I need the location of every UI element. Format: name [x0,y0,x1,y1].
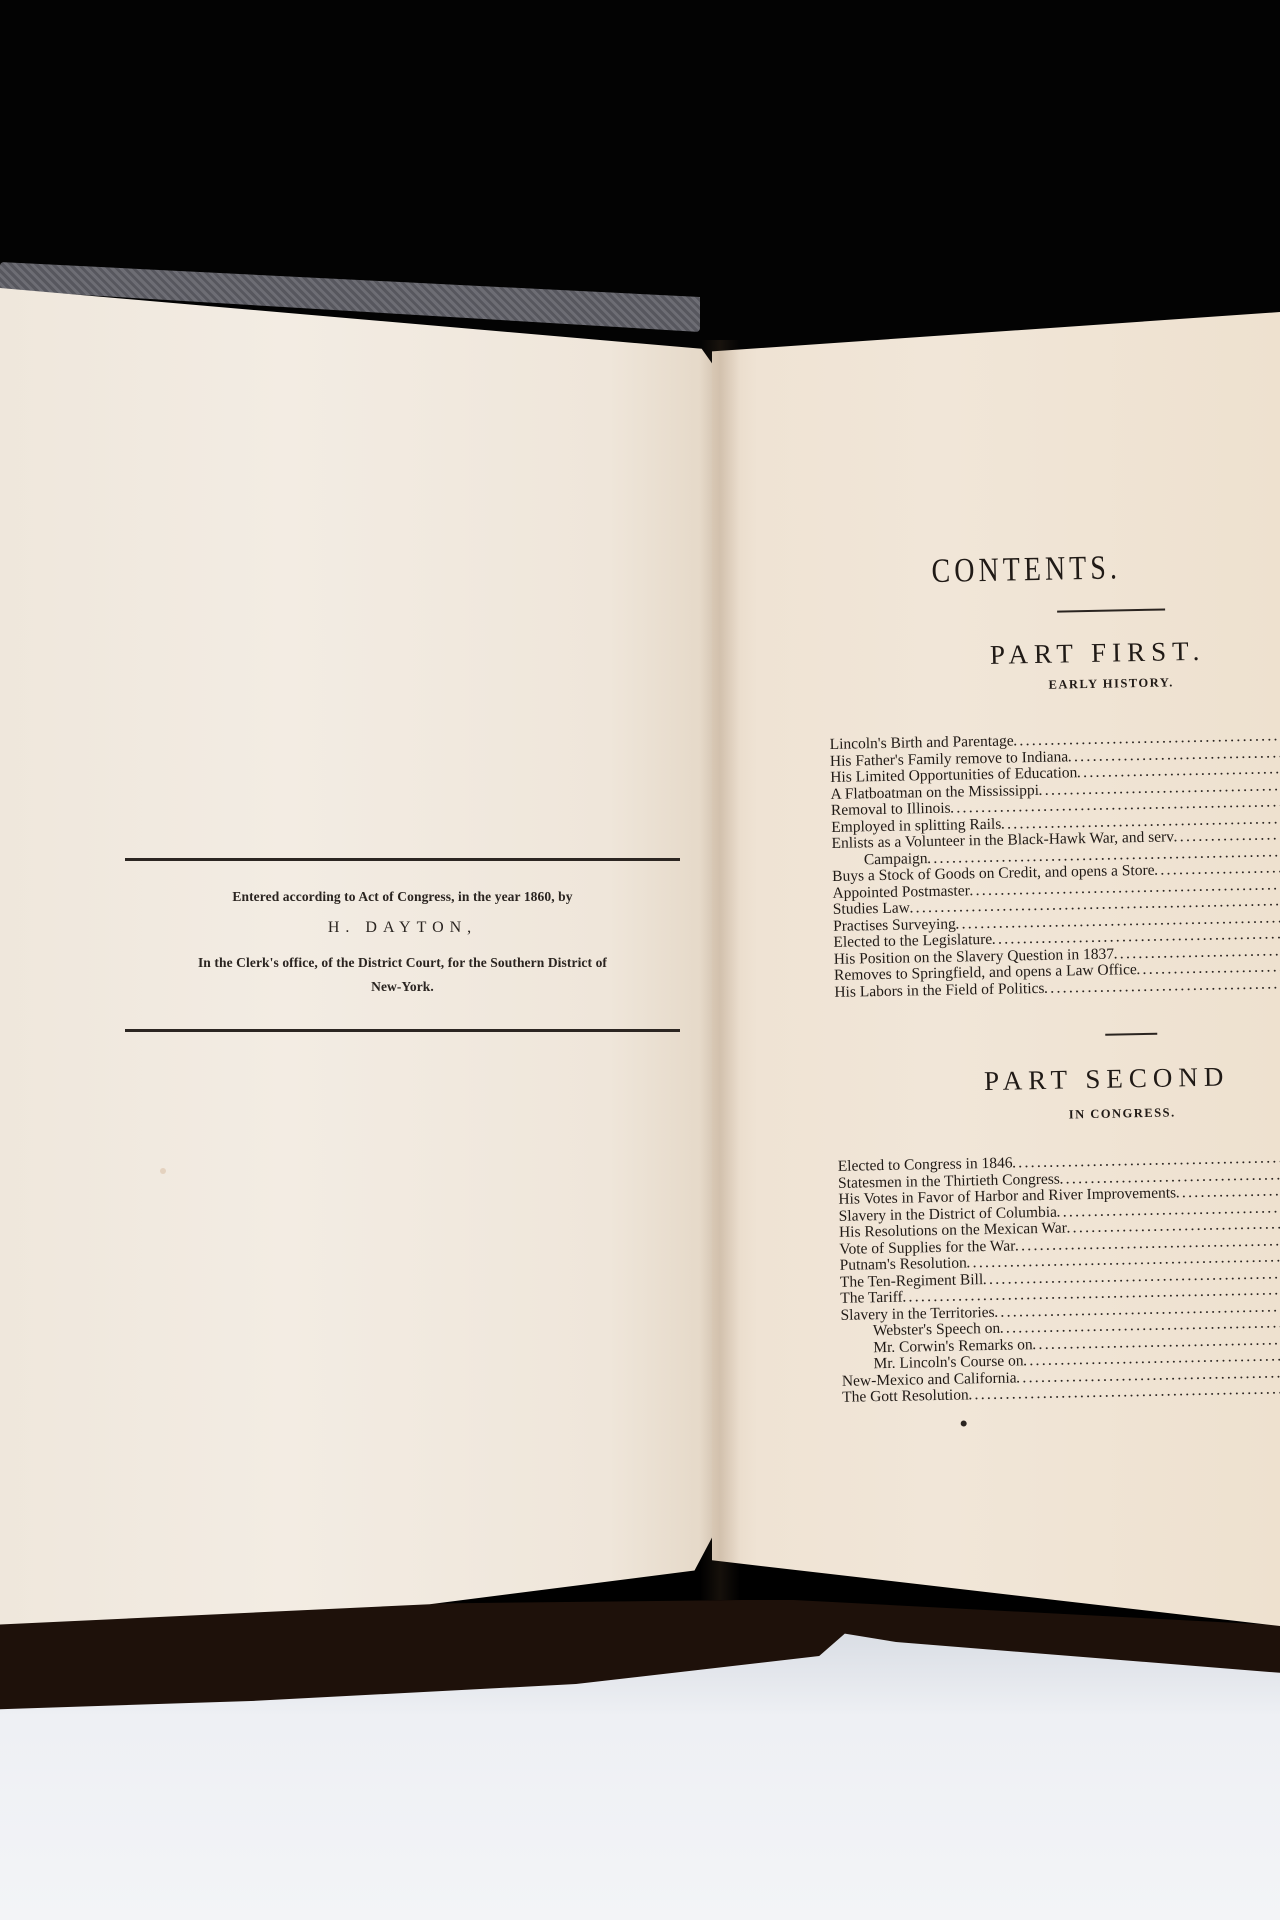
paper-stain [160,1168,166,1174]
table-of-contents: CONTENTS. PART FIRST. EARLY HISTORY. Lin… [826,546,1280,1428]
toc-entry-text: Putnam's Resolution [839,1254,967,1273]
toc-dot-leader: ........................................… [1176,1183,1280,1200]
toc-entry-text: Campaign [864,850,928,868]
copyright-line-clerk: In the Clerk's office, of the District C… [125,955,680,971]
contents-heading: CONTENTS. [862,548,1191,592]
toc-entry-text: Practises Surveying [833,915,956,934]
part-first-heading: PART FIRST. [990,634,1280,671]
copyright-holder-name: H. DAYTON, [125,919,680,937]
toc-dot-leader: ........................................… [1114,943,1280,961]
part-first-subtitle: EARLY HISTORY. [1048,673,1280,693]
toc-entry-text: Appointed Postmaster [832,882,970,902]
toc-dot-leader: ........................................… [1154,860,1280,878]
toc-dot-leader: ........................................… [1077,761,1280,780]
toc-entry-text: The Gott Resolution [842,1386,969,1405]
book-gutter [700,340,740,1600]
toc-entry-text: Webster's Speech on [873,1320,1001,1339]
copyright-line-entered: Entered according to Act of Congress, in… [125,889,680,905]
copyright-notice: Entered according to Act of Congress, in… [125,858,680,1032]
copyright-line-location: New-York. [125,979,680,995]
toc-entry-text: Removal to Illinois [831,800,951,819]
heading-rule [1057,609,1165,613]
ornament-dot [961,1420,967,1426]
part-second-subtitle: IN CONGRESS. [1069,1103,1280,1123]
toc-dot-leader: ........................................… [1174,827,1280,844]
toc-entry-text: The Ten-Regiment Bill [840,1271,984,1291]
part-first-entries: Lincoln's Birth and Parentage...........… [829,728,1280,1001]
section-separator-rule [1105,1033,1157,1036]
copyright-bottom-rule [125,1029,680,1032]
part-second-entries: Elected to Congress in 1846.............… [838,1150,1280,1406]
part-second-heading: PART SECOND [984,1060,1280,1097]
toc-dot-leader: ........................................… [1137,959,1280,977]
toc-entry-text: Studies Law [833,899,910,917]
toc-entry-text: Mr. Lincoln's Course on [873,1352,1023,1372]
toc-entry-text: The Tariff [840,1289,903,1307]
copyright-top-rule [125,858,680,861]
